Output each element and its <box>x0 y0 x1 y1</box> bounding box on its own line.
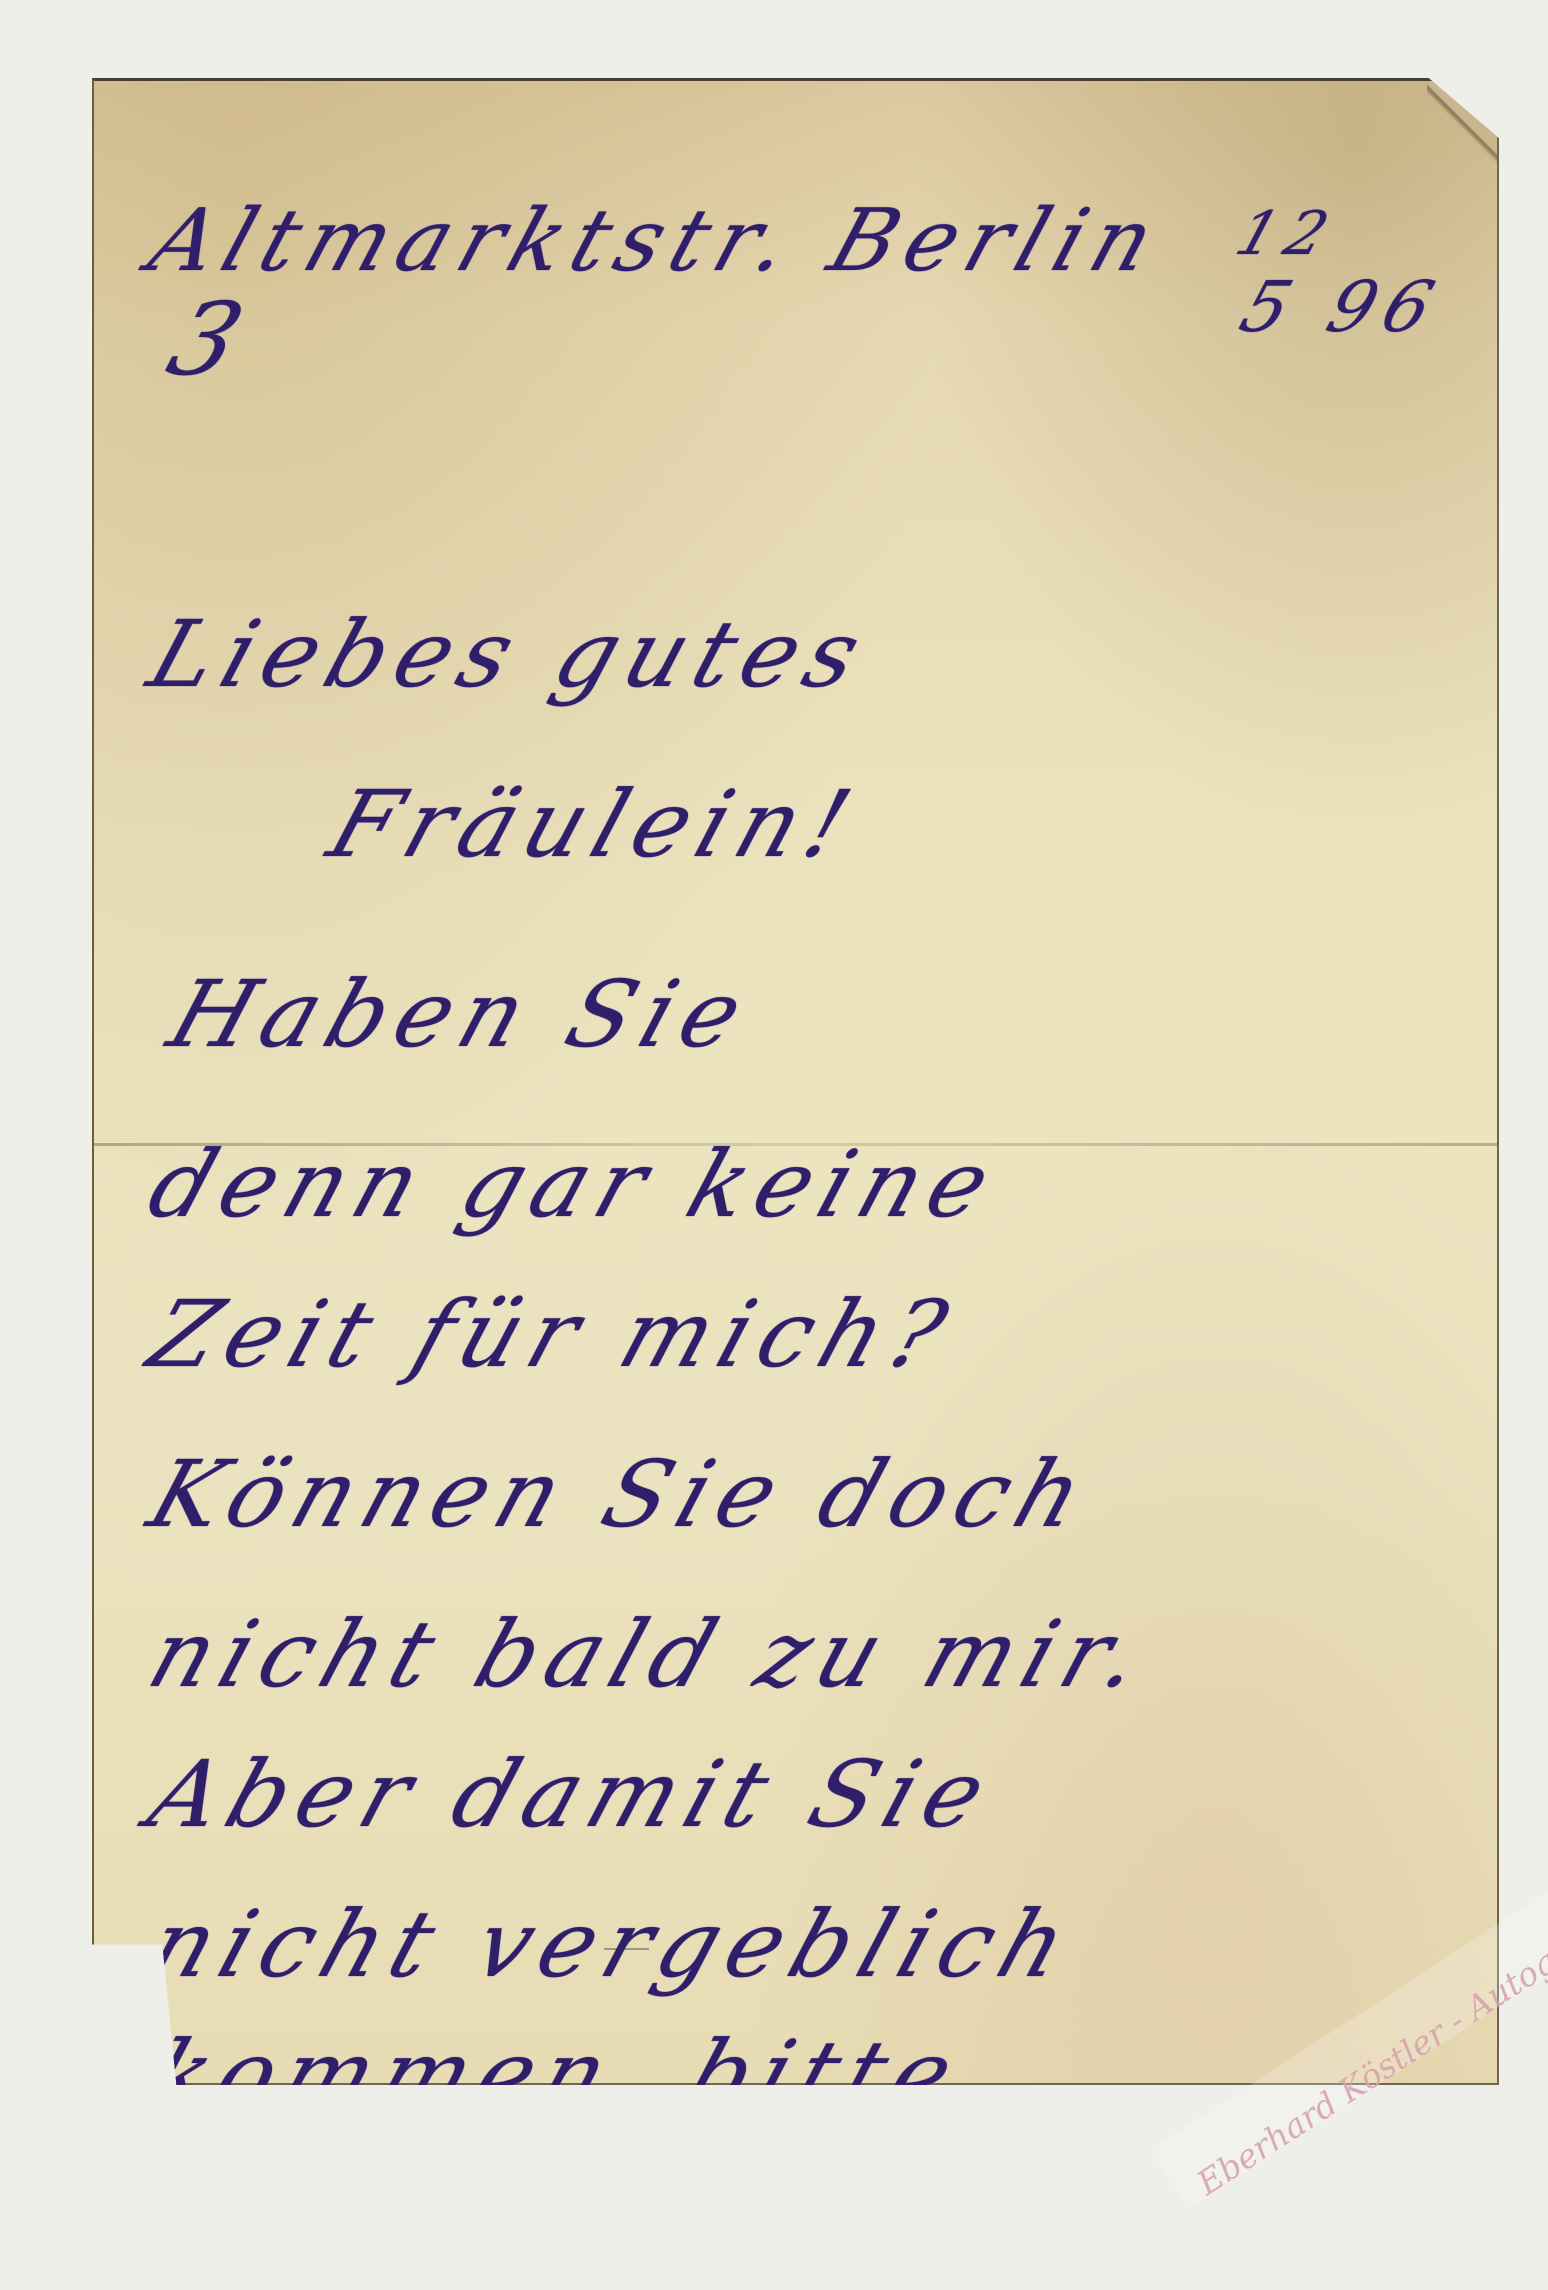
letter-line: denn gar keine <box>137 1131 1013 1238</box>
letter-line: Aber damit Sie <box>137 1741 1008 1848</box>
letter-line: Liebes gutes <box>137 601 883 708</box>
letter-date-day: 12 <box>1228 199 1347 269</box>
letter-line: Können Sie doch <box>137 1441 1106 1548</box>
page-number: 3 <box>155 281 267 398</box>
letter-date-month-year: 5 96 <box>1231 266 1454 348</box>
letter-line: Zeit für mich? <box>137 1281 969 1388</box>
letter-line: kommen, bitte <box>137 2021 976 2128</box>
letter-line: Haben Sie <box>157 961 766 1068</box>
letter-sheet: Altmarktstr. Berlin 12 5 96 3 Liebes gut… <box>92 78 1499 2085</box>
letter-line: Fräulein! <box>317 771 873 878</box>
folded-corner <box>1427 81 1497 191</box>
letter-line: nicht bald zu mir. <box>137 1601 1165 1708</box>
letter-header-place: Altmarktstr. Berlin <box>138 191 1176 291</box>
letter-line: nicht vergeblich <box>137 1891 1090 1998</box>
